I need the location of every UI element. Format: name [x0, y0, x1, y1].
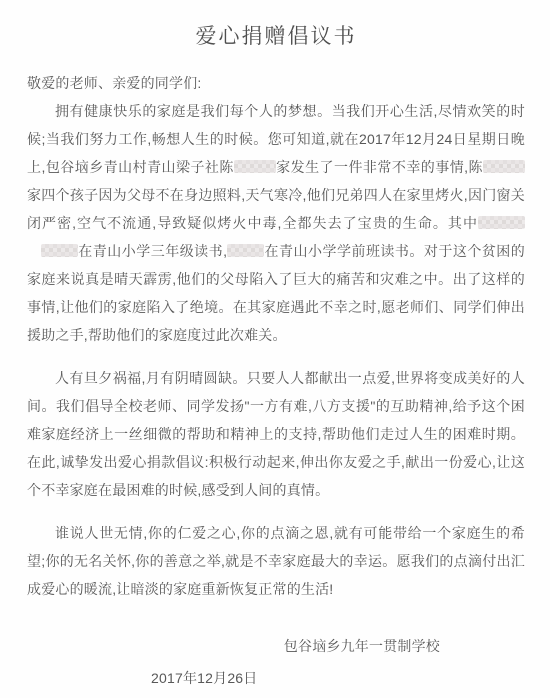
- signature-school-name: 包谷垴乡九年一贯制学校: [27, 632, 525, 660]
- paragraph-1-text-4: 在青山小学三年级读书,: [78, 243, 227, 259]
- paragraph-3: 谁说人世无情,你的仁爱之心,你的点滴之恩,就有可能带给一个家庭生的希望;你的无名…: [27, 519, 525, 603]
- redacted-name-2: [483, 160, 525, 173]
- page-title: 爱心捐赠倡议书: [27, 20, 525, 50]
- paragraph-1-text-3: 家四个孩子因为父母不在身边照料,天气寒冷,他们兄弟四人在家里烤火,因门窗关闭严密…: [27, 187, 525, 231]
- redacted-name-1: [234, 160, 276, 173]
- donation-proposal-document: 爱心捐赠倡议书 敬爱的老师、亲爱的同学们: 拥有健康快乐的家庭是我们每个人的梦想…: [0, 0, 550, 698]
- redacted-name-4: [41, 244, 78, 257]
- redacted-name-5: [227, 244, 264, 257]
- paragraph-2: 人有旦夕祸福,月有阴晴圆缺。只要人人都献出一点爱,世界将变成美好的人间。我们倡导…: [27, 364, 525, 504]
- document-date: 2017年12月26日: [27, 664, 525, 692]
- paragraph-1-text-2: 家发生了一件非常不幸的事情,陈: [276, 159, 483, 175]
- paragraph-1: 拥有健康快乐的家庭是我们每个人的梦想。当我们开心生活,尽情欢笑的时候;当我们努力…: [27, 97, 525, 349]
- salutation: 敬爱的老师、亲爱的同学们:: [27, 69, 525, 97]
- redacted-name-3: [478, 216, 525, 229]
